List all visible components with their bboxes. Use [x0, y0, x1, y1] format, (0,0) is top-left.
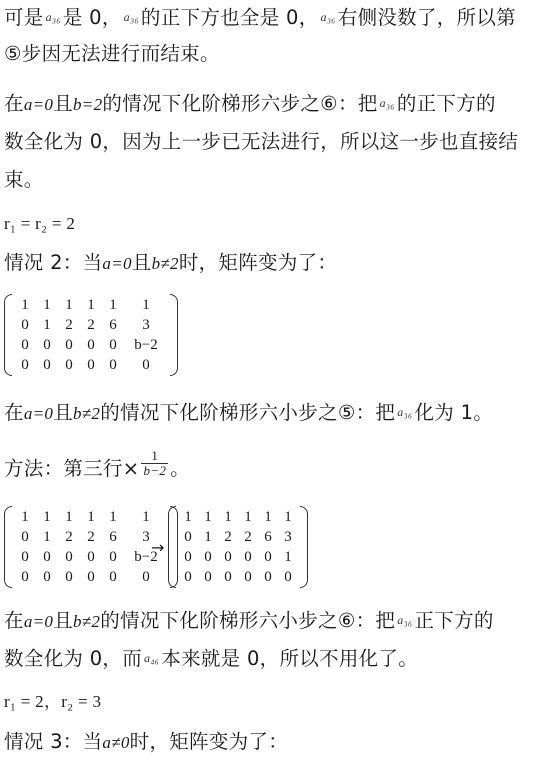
condition-a: a=0: [24, 404, 53, 423]
matrix-cell: 0: [218, 568, 238, 586]
matrix-cell: 0: [238, 568, 258, 586]
text: 的情况下化阶梯形六小步之⑤：把: [100, 401, 395, 424]
matrix-cell: 1: [124, 296, 168, 314]
matrix-cell: 1: [278, 508, 298, 526]
matrix-cell: 0: [36, 356, 58, 374]
condition-a: a≠0: [102, 733, 129, 752]
matrix-cell: 1: [14, 296, 36, 314]
text: 的正下方也全是 0，: [141, 6, 319, 29]
matrix-cell: 1: [36, 508, 58, 526]
matrix-cell: 0: [102, 356, 124, 374]
paragraph-2-line-3: 束。: [4, 168, 44, 192]
matrix-cell: 1: [198, 528, 218, 546]
text: 正下方的: [414, 609, 493, 632]
matrix-cell: 2: [80, 316, 102, 334]
text: 时，矩阵变为了：: [130, 730, 288, 753]
matrix-cell: 0: [198, 568, 218, 586]
matrix-cell: 0: [178, 568, 198, 586]
symbol-a36: a₃₆: [124, 10, 139, 24]
arrow-right-icon: →: [151, 538, 164, 557]
matrix-cell: 0: [124, 356, 168, 374]
paragraph-2-line-2: 数全化为 0，因为上一步已无法进行，所以这一步也直接结: [4, 130, 518, 154]
matrix-cell: 0: [178, 548, 198, 566]
matrix-2-right: 111111012263000001000000: [168, 506, 308, 588]
matrix-cell: 1: [218, 508, 238, 526]
text: 的情况下化阶梯形六小步之⑥：把: [100, 609, 395, 632]
text: 在: [4, 92, 24, 115]
matrix-cell: 0: [58, 548, 80, 566]
matrix-cell: 0: [178, 528, 198, 546]
matrix-cell: 3: [124, 316, 168, 334]
matrix-cell: 0: [124, 568, 168, 586]
text: 的正下方的: [397, 92, 496, 115]
matrix-cell: 1: [36, 528, 58, 546]
matrix-cell: 0: [36, 568, 58, 586]
condition-a: a=0: [24, 95, 53, 114]
matrix-cell: 3: [278, 528, 298, 546]
rank-equation-1: r₁ = r₂ = 2: [4, 212, 75, 236]
matrix-1-grid: 11111101226300000b−2000000: [12, 294, 170, 376]
left-paren: [4, 294, 12, 376]
matrix-cell: 6: [258, 528, 278, 546]
matrix-cell: 1: [36, 296, 58, 314]
left-paren: [168, 506, 176, 588]
matrix-cell: 0: [80, 336, 102, 354]
matrix-2-right-grid: 111111012263000001000000: [176, 506, 300, 588]
matrix-cell: 2: [218, 528, 238, 546]
matrix-cell: 0: [14, 316, 36, 334]
fraction: 1b−2: [141, 449, 168, 478]
text: 右侧没数了，所以第: [338, 6, 516, 29]
text: 方法：第三行×: [4, 457, 139, 480]
paragraph-3: 在a=0且b≠2的情况下化阶梯形六小步之⑤：把a₃₆化为 1。: [4, 401, 493, 427]
matrix-cell: 0: [58, 336, 80, 354]
matrix-cell: 1: [102, 508, 124, 526]
matrix-cell: 0: [58, 568, 80, 586]
text: 且: [53, 401, 73, 424]
matrix-cell: 0: [102, 568, 124, 586]
matrix-cell: 2: [80, 528, 102, 546]
condition-a: a=0: [102, 254, 131, 273]
matrix-2-left-grid: 11111101226300000b−2000000: [12, 506, 170, 588]
symbol-a36: a₃₆: [397, 405, 412, 419]
paragraph-1-line-1: 可是a₃₆是 0，a₃₆的正下方也全是 0，a₃₆右侧没数了，所以第: [4, 6, 516, 32]
matrix-cell: 1: [102, 296, 124, 314]
matrix-cell: 0: [14, 336, 36, 354]
text: 情况 2：当: [4, 251, 102, 274]
matrix-cell: 0: [36, 336, 58, 354]
fraction-numerator: 1: [141, 449, 168, 464]
symbol-a36: a₃₆: [397, 613, 412, 627]
text: 情况 3：当: [4, 730, 102, 753]
condition-b: b≠2: [73, 612, 100, 631]
matrix-cell: 1: [58, 296, 80, 314]
matrix-1: 11111101226300000b−2000000: [4, 294, 178, 376]
matrix-cell: 0: [80, 356, 102, 374]
matrix-cell: 1: [58, 508, 80, 526]
matrix-cell: 1: [258, 508, 278, 526]
matrix-cell: 2: [238, 528, 258, 546]
matrix-cell: 1: [124, 508, 168, 526]
paragraph-1-line-2: ⑤步因无法进行而结束。: [4, 42, 220, 66]
paragraph-4-line-1: 在a=0且b≠2的情况下化阶梯形六小步之⑥：把a₃₆正下方的: [4, 609, 494, 635]
matrix-cell: 6: [102, 528, 124, 546]
text: 且: [53, 92, 73, 115]
text: 。: [170, 457, 190, 480]
text: 时，矩阵变为了：: [179, 251, 337, 274]
symbol-a36: a₃₆: [321, 10, 336, 24]
method-line: 方法：第三行×1b−2。: [4, 455, 190, 484]
matrix-cell: 0: [258, 568, 278, 586]
matrix-cell: 0: [102, 336, 124, 354]
right-paren: [170, 294, 178, 376]
matrix-cell: 1: [198, 508, 218, 526]
matrix-cell: 1: [80, 296, 102, 314]
text: 化为 1。: [414, 401, 493, 424]
paragraph-4-line-2: 数全化为 0，而a₄₆本来就是 0，所以不用化了。: [4, 647, 418, 673]
matrix-cell: 0: [14, 356, 36, 374]
rank-equation-2: r₁ = 2，r₂ = 3: [4, 690, 101, 714]
text: 本来就是 0，所以不用化了。: [161, 647, 418, 670]
paragraph-2-line-1: 在a=0且b=2的情况下化阶梯形六步之⑥：把a₃₆的正下方的: [4, 92, 496, 118]
text: 数全化为 0，而: [4, 647, 142, 670]
case-2-heading: 情况 2：当a=0且b≠2时，矩阵变为了：: [4, 251, 337, 276]
matrix-cell: 0: [14, 528, 36, 546]
matrix-cell: 1: [36, 316, 58, 334]
text: 在: [4, 609, 24, 632]
matrix-cell: 0: [14, 548, 36, 566]
matrix-cell: 2: [58, 316, 80, 334]
symbol-a46: a₄₆: [144, 651, 159, 665]
matrix-cell: 0: [80, 568, 102, 586]
matrix-cell: 0: [102, 548, 124, 566]
matrix-cell: 1: [238, 508, 258, 526]
matrix-cell: 0: [36, 548, 58, 566]
matrix-cell: 0: [258, 548, 278, 566]
matrix-cell: 1: [14, 508, 36, 526]
matrix-cell: 6: [102, 316, 124, 334]
right-paren: [300, 506, 308, 588]
matrix-cell: 0: [14, 568, 36, 586]
matrix-cell: 1: [178, 508, 198, 526]
condition-b: b≠2: [152, 254, 179, 273]
matrix-cell: 1: [80, 508, 102, 526]
matrix-cell: 0: [238, 548, 258, 566]
matrix-cell: b−2: [124, 336, 168, 354]
matrix-cell: 1: [278, 548, 298, 566]
matrix-cell: 0: [58, 356, 80, 374]
symbol-a36: a₃₆: [380, 96, 395, 110]
condition-a: a=0: [24, 612, 53, 631]
fraction-denominator: b−2: [141, 464, 168, 478]
text: 可是: [4, 6, 44, 29]
condition-b: b≠2: [73, 404, 100, 423]
text: 是 0，: [63, 6, 122, 29]
text: 在: [4, 401, 24, 424]
case-3-heading: 情况 3：当a≠0时，矩阵变为了：: [4, 730, 288, 755]
left-paren: [4, 506, 12, 588]
matrix-cell: 0: [218, 548, 238, 566]
matrix-cell: 0: [80, 548, 102, 566]
matrix-cell: 0: [278, 568, 298, 586]
symbol-a36: a₃₆: [46, 10, 61, 24]
text: 的情况下化阶梯形六步之⑥：把: [102, 92, 377, 115]
text: 且: [132, 251, 152, 274]
matrix-cell: 0: [198, 548, 218, 566]
condition-b: b=2: [73, 95, 102, 114]
text: 且: [53, 609, 73, 632]
matrix-cell: 2: [58, 528, 80, 546]
